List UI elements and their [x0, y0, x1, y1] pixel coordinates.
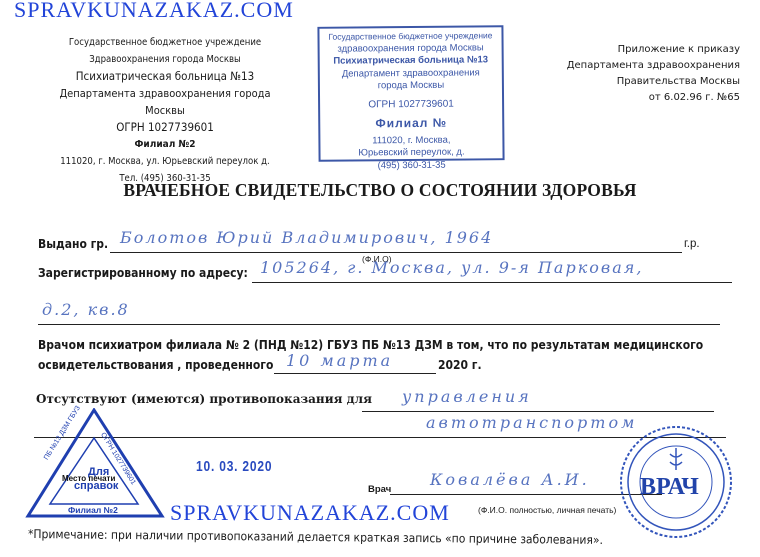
annex-reference: Приложение к приказу Департамента здраво… [520, 42, 740, 106]
stamp-line: Психиатрическая больница №13 [320, 54, 502, 68]
signature-caption: (Ф.И.О. полностью, личная печать) [478, 505, 616, 515]
corner-stamp: Государственное бюджетное учреждение здр… [317, 25, 504, 162]
exam-year: 2020 г. [438, 358, 482, 372]
annex-line: от 6.02.96 г. №65 [520, 90, 740, 106]
footnote: *Примечание: при наличии противопоказани… [28, 527, 603, 547]
watermark-bottom: SPRAVKUNAZAKAZ.COM [170, 500, 450, 526]
stamp-line: Государственное бюджетное учреждение [319, 29, 501, 43]
institution-line: Департамента здравоохранения города Моск… [40, 85, 290, 119]
contraindications-value-1: управления [402, 387, 532, 406]
institution-line: Государственное бюджетное учреждение [40, 34, 290, 51]
annex-line: Департамента здравоохранения [520, 58, 740, 74]
signature-label: Врач [368, 484, 391, 495]
date-stamp: 10. 03. 2020 [196, 458, 272, 475]
contraindications-field-1[interactable]: управления [362, 389, 714, 412]
exam-date-value: 10 марта [286, 351, 393, 370]
institution-ogrn: ОГРН 1027739601 [40, 119, 290, 136]
issued-label: Выдано гр. [38, 237, 108, 251]
doctor-statement: Врачом психиатром филиала № 2 (ПНД №12) … [38, 338, 703, 352]
institution-line: Психиатрическая больница №13 [40, 68, 290, 85]
stamp-phone: (495) 360-31-35 [321, 159, 503, 173]
watermark-top: SPRAVKUNAZAKAZ.COM [14, 0, 294, 23]
address-value-2: д.2, кв.8 [42, 300, 130, 319]
exam-date-field[interactable]: 10 марта [274, 353, 436, 374]
address-field-2[interactable]: д.2, кв.8 [38, 300, 720, 325]
address-label: Зарегистрированному по адресу: [38, 266, 248, 280]
issued-field[interactable]: Болотов Юрий Владимирович, 1964 [110, 226, 682, 253]
contraindications-label: Отсутствуют (имеются) противопоказания д… [36, 392, 372, 406]
stamp-ogrn: ОГРН 1027739601 [320, 98, 502, 112]
document-title: ВРАЧЕБНОЕ СВИДЕТЕЛЬСТВО О СОСТОЯНИИ ЗДОР… [0, 180, 760, 201]
place-label: Место печати [62, 474, 115, 483]
stamp-line: города Москвы [320, 79, 502, 93]
seal-bottom-text: Филиал №2 [68, 505, 118, 515]
address-value-1: 105264, г. Москва, ул. 9-я Парковая, [260, 258, 643, 277]
issued-value: Болотов Юрий Владимирович, 1964 [120, 228, 493, 247]
institution-header: Государственное бюджетное учреждение Здр… [40, 34, 290, 187]
institution-line: Здравоохранения города Москвы [40, 51, 290, 68]
stamp-line: Департамент здравоохранения [320, 67, 502, 81]
birth-suffix: г.р. [684, 238, 700, 250]
stamp-branch: Филиал № [320, 116, 502, 130]
contraindications-value-2: автотранспортом [426, 413, 637, 432]
triangle-seal: Для справок Место печати Филиал №2 ПБ №1… [24, 408, 174, 528]
address-field-1[interactable]: 105264, г. Москва, ул. 9-я Парковая, [252, 258, 732, 283]
round-seal-text: ВРАЧ [640, 474, 699, 501]
institution-branch: Филиал №2 [40, 136, 290, 153]
exam-label: освидетельствования , проведенного [38, 358, 273, 372]
institution-address: 111020, г. Москва, ул. Юрьевский переуло… [40, 153, 290, 170]
signature-value: Ковалёва А.И. [430, 470, 590, 489]
round-seal: ВРАЧ [618, 424, 734, 540]
annex-line: Правительства Москвы [520, 74, 740, 90]
annex-line: Приложение к приказу [520, 42, 740, 58]
